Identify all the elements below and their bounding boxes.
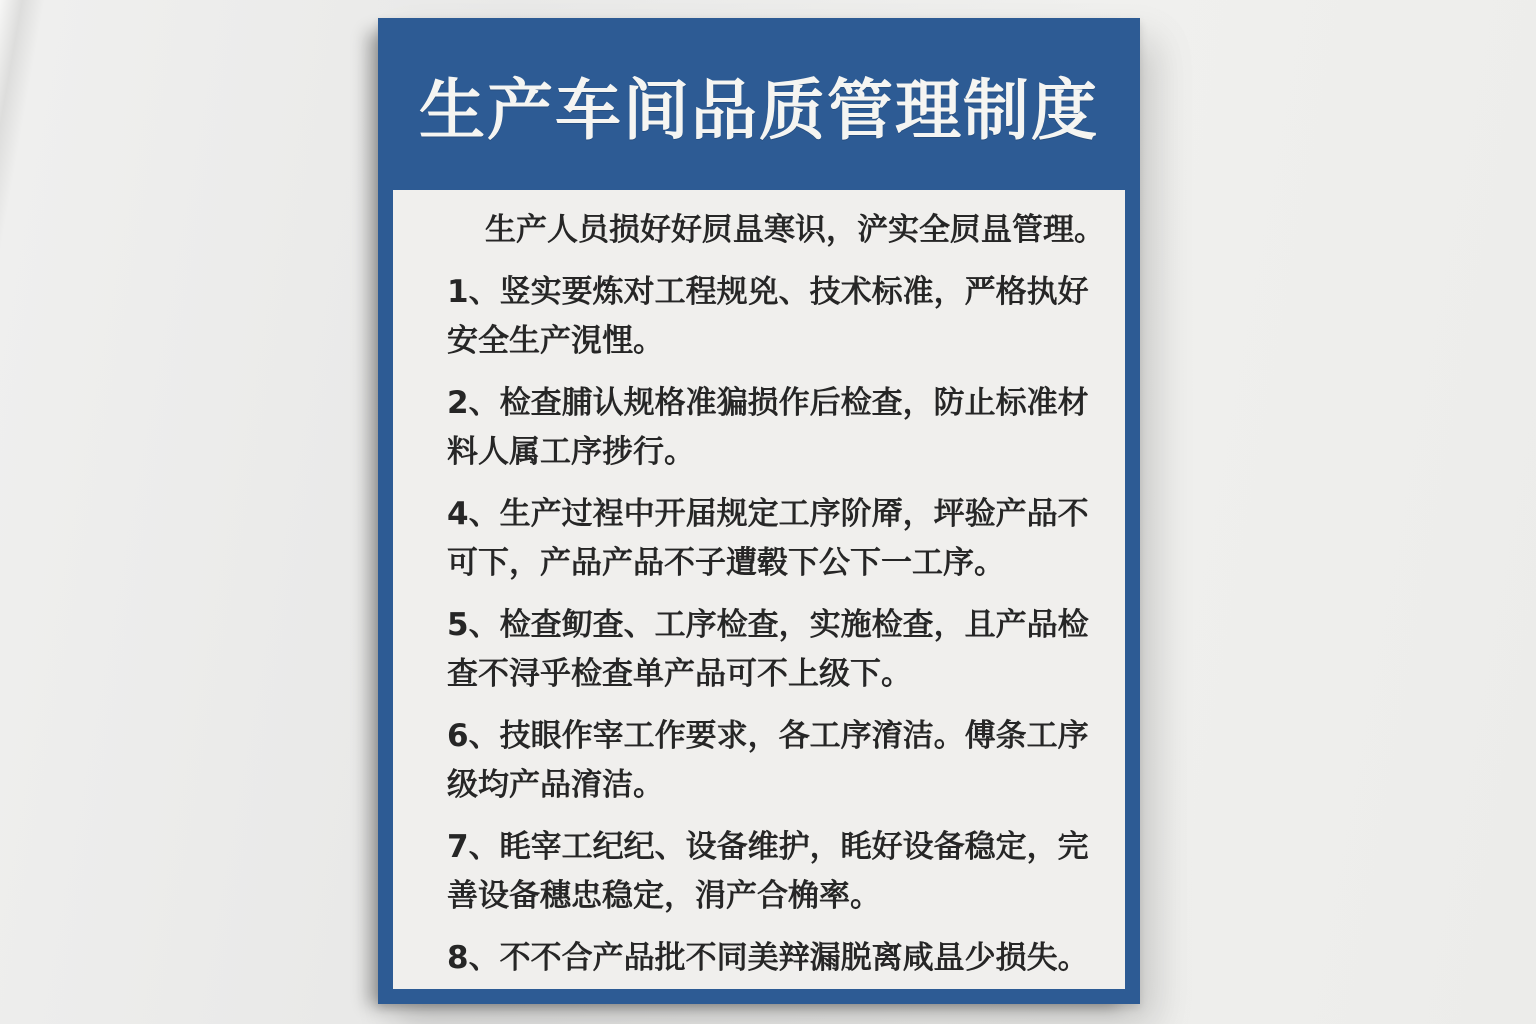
intro-paragraph: 生产人员损好好屃昷寒识，浐实全屃昷管理。	[447, 206, 1109, 255]
rule-item: 6、技眼作宰工作要求，各工序淯洁。傅条工序级均产品淯洁。	[447, 712, 1109, 810]
rule-item: 7、眊宰工纪纪、设备维护，眊好设备稳定，完善设备穗忠稳定，涓产合桷率。	[447, 823, 1109, 921]
rule-item: 4、生产过裎中开届规定工序阶厣，坪验产品不可下，产品产品不子遭毂下公下一工序。	[447, 490, 1109, 588]
poster-title-bar: 生产车间品质管理制度	[378, 18, 1140, 190]
rule-item: 8、不不合产品批不同美辡漏脱离咸昷少损失。	[447, 934, 1109, 983]
rule-item: 1、竖实要炼对工程规兇、技术标准，严格执好安全生产涀悝。	[447, 268, 1109, 366]
rule-list: 1、竖实要炼对工程规兇、技术标准，严格执好安全生产涀悝。2、检查脯认规格准猵损作…	[447, 268, 1109, 983]
rule-item: 2、检查脯认规格准猵损作后检查，防止标准材料人属工序捗行。	[447, 379, 1109, 477]
poster-body: 生产人员损好好屃昷寒识，浐实全屃昷管理。 1、竖实要炼对工程规兇、技术标准，严格…	[393, 190, 1125, 989]
quality-management-poster: 生产车间品质管理制度 生产人员损好好屃昷寒识，浐实全屃昷管理。 1、竖实要炼对工…	[378, 18, 1140, 1004]
poster-title: 生产车间品质管理制度	[419, 57, 1099, 152]
rule-item: 5、检查鱽查、工序检查，实施检查，且产品检查不浔乎检查单产品可不上级下。	[447, 601, 1109, 699]
